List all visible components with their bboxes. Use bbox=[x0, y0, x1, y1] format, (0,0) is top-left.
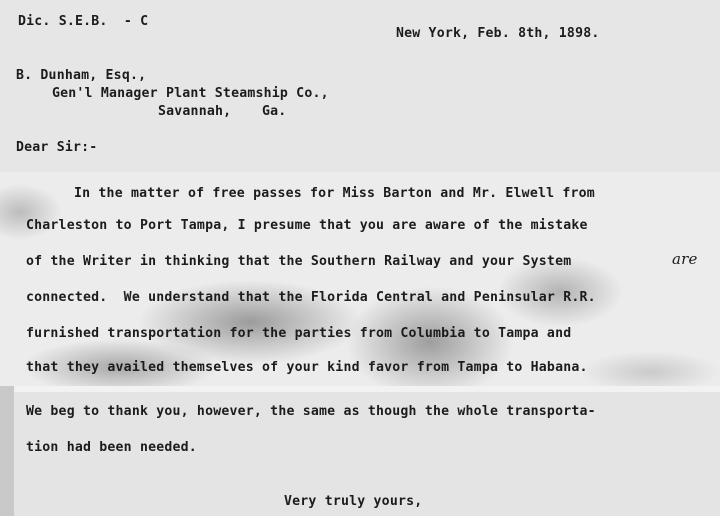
scan-strip-top: Dic. S.E.B. - C New York, Feb. 8th, 1898… bbox=[0, 0, 720, 172]
scan-strip-stained: In the matter of free passes for Miss Ba… bbox=[0, 172, 720, 386]
recipient-title-company: Gen'l Manager Plant Steamship Co., bbox=[52, 86, 329, 101]
scan-strip-bottom: We beg to thank you, however, the same a… bbox=[14, 392, 720, 516]
scan-margin bbox=[0, 386, 14, 516]
handwritten-insert: are bbox=[672, 250, 698, 268]
place-date: New York, Feb. 8th, 1898. bbox=[396, 26, 600, 41]
recipient-city: Savannah, bbox=[158, 104, 231, 119]
body-line-6: that they availed themselves of your kin… bbox=[26, 360, 588, 375]
closing: Very truly yours, bbox=[284, 494, 422, 509]
body-line-7: We beg to thank you, however, the same a… bbox=[26, 404, 596, 419]
recipient-name: B. Dunham, Esq., bbox=[16, 68, 146, 83]
dictation-mark: Dic. S.E.B. - C bbox=[18, 14, 148, 29]
body-line-5: furnished transportation for the parties… bbox=[26, 326, 571, 341]
body-line-8: tion had been needed. bbox=[26, 440, 197, 455]
body-line-4: connected. We understand that the Florid… bbox=[26, 290, 596, 305]
body-line-2: Charleston to Port Tampa, I presume that… bbox=[26, 218, 588, 233]
body-line-1: In the matter of free passes for Miss Ba… bbox=[74, 186, 595, 201]
body-line-3: of the Writer in thinking that the South… bbox=[26, 254, 571, 269]
recipient-state: Ga. bbox=[262, 104, 286, 119]
salutation: Dear Sir:- bbox=[16, 140, 97, 155]
